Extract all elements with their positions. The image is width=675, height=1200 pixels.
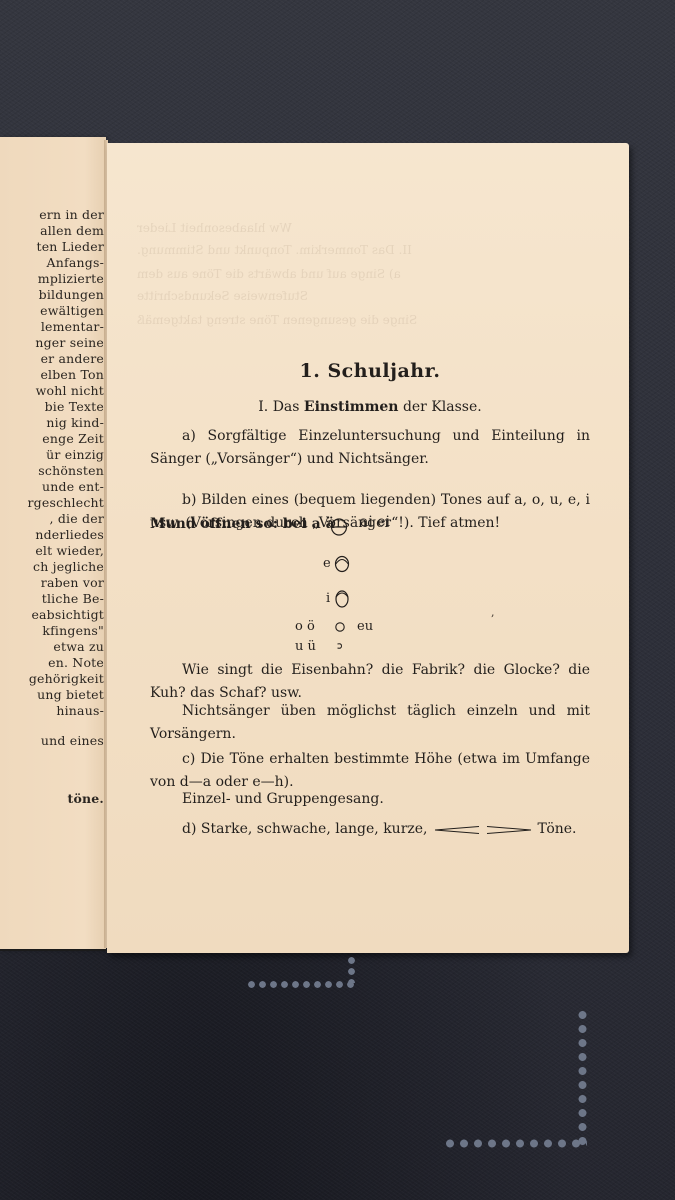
left-page-line: Anfangs- xyxy=(47,255,104,270)
left-page-line: tliche Be- xyxy=(42,591,104,606)
left-page-line: allen dem xyxy=(40,223,104,238)
section-rest: der Klasse. xyxy=(403,399,482,415)
section-bold-word: Einstimmen xyxy=(304,399,399,415)
page-title: 1. Schuljahr. xyxy=(150,360,590,382)
left-page-line: nig kind- xyxy=(46,415,104,430)
paragraph-nonsingers: Nichtsänger üben möglichst täglich einze… xyxy=(150,700,590,746)
mouth-i-icon xyxy=(334,588,350,608)
mouth-u-icon xyxy=(335,641,345,651)
mouth-a-icon xyxy=(330,515,348,537)
left-page-line: elben Ton xyxy=(40,367,104,382)
mouth-after-label: ai ei xyxy=(360,514,390,530)
left-page-line: en. Note xyxy=(48,655,104,670)
mouth-instruction: Mund öffnen so: bei a ä xyxy=(150,513,335,536)
crescendo-icon xyxy=(434,825,480,835)
left-page-line: nderliedes xyxy=(35,527,104,542)
stray-mark: , xyxy=(491,606,495,619)
left-page-line: raben vor xyxy=(41,575,104,590)
left-page-line: ten Lieder xyxy=(36,239,104,254)
dotted-marker-horizontal xyxy=(246,980,356,989)
dotted-marker-horizontal xyxy=(443,1139,587,1148)
left-page-line: schönsten xyxy=(38,463,104,478)
left-page-line: kfingens" xyxy=(42,623,104,638)
paragraph-d-text: d) Starke, schwache, lange, kurze, xyxy=(182,818,428,841)
left-page-line: mplizierte xyxy=(38,271,104,286)
mouth-instruction-text: Mund öffnen so: bei a ä xyxy=(150,516,335,532)
left-page-line: töne. xyxy=(67,791,104,806)
show-through-text: Singe die gesungenen Töne streng taktgem… xyxy=(137,313,417,327)
left-page-line: er andere xyxy=(41,351,104,366)
left-page-line: elt wieder, xyxy=(35,543,104,558)
decrescendo-icon xyxy=(486,825,532,835)
left-page-line: eabsichtigt xyxy=(31,607,104,622)
mouth-e-icon xyxy=(334,553,350,573)
section-heading: I. Das Einstimmen der Klasse. xyxy=(150,399,590,415)
vowel-label-e: e xyxy=(323,556,331,571)
vowel-label-eu: eu xyxy=(357,619,373,634)
left-page-line: und eines xyxy=(41,733,104,748)
vowel-label-i: i xyxy=(326,591,330,606)
mouth-o-icon xyxy=(334,621,346,633)
show-through-text: II. Das Tonmerkim. Tonpunkt und Stimmung… xyxy=(137,243,412,257)
paragraph-questions: Wie singt die Eisenbahn? die Fabrik? die… xyxy=(150,659,590,705)
left-page: ern in derallen demten LiederAnfangs-mpl… xyxy=(0,137,106,951)
vowel-label-o: o ö xyxy=(295,619,315,634)
vowel-label-u: u ü xyxy=(295,639,316,654)
left-page-line: nger seine xyxy=(35,335,104,350)
left-page-line: unde ent- xyxy=(42,479,104,494)
left-page-line: ung bietet xyxy=(37,687,104,702)
left-page-line: wohl nicht xyxy=(36,383,104,398)
show-through-text: a) Singe auf und abwärts die Töne aus de… xyxy=(137,267,401,281)
left-page-line: , die der xyxy=(50,511,105,526)
left-page-line: ür einzig xyxy=(46,447,104,462)
section-numeral: I. Das xyxy=(258,399,299,415)
right-page: Ww hlaabesonheit Lieder II. Das Tonmerki… xyxy=(107,143,629,953)
left-page-line: lementar- xyxy=(41,319,104,334)
paragraph-d: d) Starke, schwache, lange, kurze, Töne. xyxy=(150,818,590,841)
left-page-line: etwa zu xyxy=(53,639,104,654)
left-page-line: ewältigen xyxy=(40,303,104,318)
paragraph-d-suffix: Töne. xyxy=(538,818,577,841)
dotted-marker-vertical xyxy=(578,1008,587,1148)
left-page-line: bildungen xyxy=(39,287,104,302)
left-page-line: enge Zeit xyxy=(42,431,104,446)
left-page-line: hinaus- xyxy=(56,703,104,718)
dotted-marker-vertical xyxy=(347,955,356,983)
left-page-line: gehörigkeit xyxy=(29,671,104,686)
left-page-line: bie Texte xyxy=(45,399,104,414)
left-page-line: ch jegliche xyxy=(33,559,104,574)
paragraph-a: a) Sorgfältige Einzeluntersuchung und Ei… xyxy=(150,425,590,471)
left-page-line: ern in der xyxy=(39,207,104,222)
show-through-text: Ww hlaabesonheit Lieder xyxy=(137,221,292,235)
show-through-text: Stufenweise Sekundschritte xyxy=(137,289,308,303)
paragraph-c2: Einzel- und Gruppengesang. xyxy=(150,788,590,811)
left-page-line: rgeschlecht xyxy=(27,495,104,510)
